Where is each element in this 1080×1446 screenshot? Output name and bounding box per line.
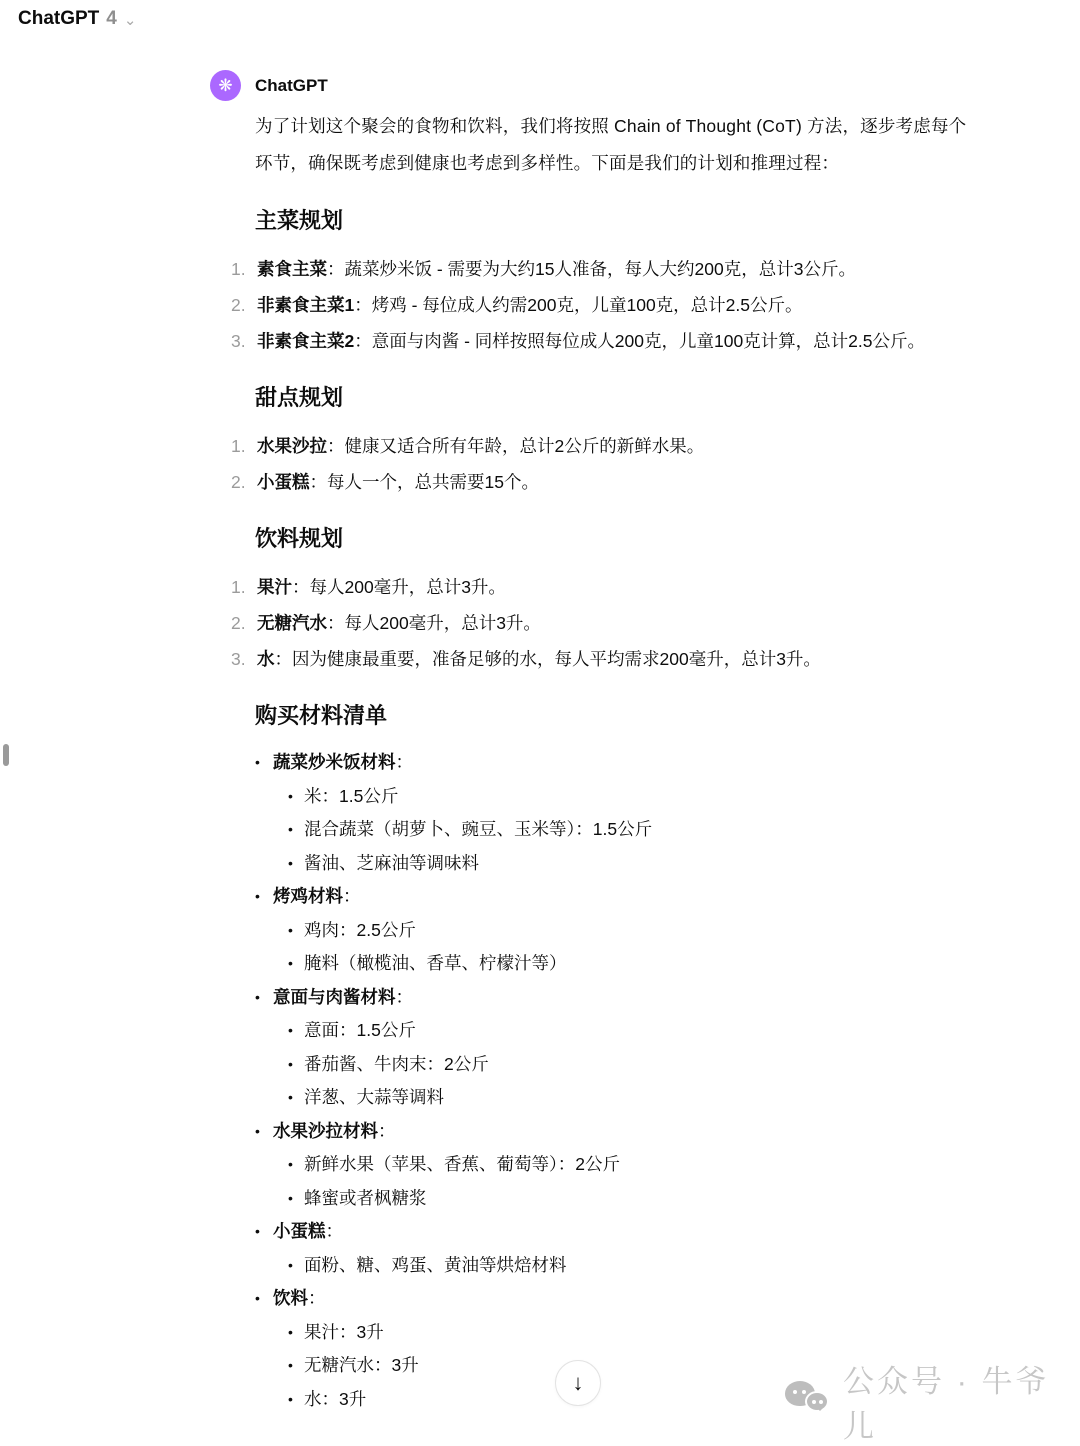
- item-term: 果汁: [257, 577, 292, 597]
- avatar: ❋: [210, 70, 241, 101]
- bullet-icon: •: [288, 1014, 304, 1048]
- shopping-item: •果汁：3升: [288, 1316, 978, 1350]
- section-title-drinks: 饮料规划: [255, 526, 978, 552]
- list-marker: 3.: [231, 323, 257, 359]
- shopping-item: •米：1.5公斤: [288, 780, 978, 814]
- group-suffix: ：: [378, 1121, 396, 1141]
- shopping-item-text: 混合蔬菜（胡萝卜、豌豆、玉米等）：1.5公斤: [304, 813, 652, 847]
- shopping-item-text: 意面：1.5公斤: [304, 1014, 416, 1048]
- bullet-icon: •: [288, 780, 304, 814]
- group-suffix: ：: [308, 1288, 326, 1308]
- bullet-icon: •: [288, 914, 304, 948]
- item-term: 非素食主菜2: [257, 331, 354, 351]
- list-marker: 3.: [231, 641, 257, 677]
- section-title-shopping: 购买材料清单: [255, 703, 978, 729]
- shopping-item-text: 洋葱、大蒜等调料: [304, 1081, 444, 1115]
- shopping-item-text: 果汁：3升: [304, 1316, 384, 1350]
- list-marker: 2.: [231, 605, 257, 641]
- bullet-icon: •: [288, 813, 304, 847]
- openai-logo-icon: ❋: [218, 76, 232, 96]
- shopping-item: •面粉、糖、鸡蛋、黄油等烘焙材料: [288, 1249, 978, 1283]
- main-course-list: 1. 素食主菜：蔬菜炒米饭 - 需要为大约15人准备，每人大约200克，总计3公…: [255, 251, 978, 359]
- group-suffix: ：: [396, 752, 414, 772]
- list-marker: 2.: [231, 464, 257, 500]
- list-marker: 2.: [231, 287, 257, 323]
- item-text: ：蔬菜炒米饭 - 需要为大约15人准备，每人大约200克，总计3公斤。: [327, 259, 856, 279]
- model-version-label: 4: [106, 8, 117, 30]
- scrollbar-thumb[interactable]: [3, 744, 9, 766]
- bullet-icon: •: [288, 1148, 304, 1182]
- shopping-item-text: 酱油、芝麻油等调味料: [304, 847, 479, 881]
- item-term: 素食主菜: [257, 259, 327, 279]
- bullet-icon: •: [288, 1316, 304, 1350]
- group-term: 饮料: [273, 1288, 308, 1308]
- list-item: 3. 水：因为健康最重要，准备足够的水，每人平均需求200毫升，总计3升。: [255, 641, 978, 677]
- bullet-icon: •: [288, 1249, 304, 1283]
- bullet-icon: •: [288, 1081, 304, 1115]
- section-title-main-course: 主菜规划: [255, 208, 978, 234]
- shopping-item-text: 水：3升: [304, 1383, 366, 1417]
- shopping-item: •酱油、芝麻油等调味料: [288, 847, 978, 881]
- sender-name: ChatGPT: [255, 76, 328, 96]
- shopping-item: •腌料（橄榄油、香草、柠檬汁等）: [288, 947, 978, 981]
- list-marker: 1.: [231, 569, 257, 605]
- list-item: 2. 无糖汽水：每人200毫升，总计3升。: [255, 605, 978, 641]
- group-suffix: ：: [396, 987, 414, 1007]
- bullet-icon: •: [288, 1048, 304, 1082]
- item-text: ：意面与肉酱 - 同样按照每位成人200克，儿童100克计算，总计2.5公斤。: [354, 331, 925, 351]
- shopping-group: • 蔬菜炒米饭材料： •米：1.5公斤 •混合蔬菜（胡萝卜、豌豆、玉米等）：1.…: [255, 746, 978, 880]
- item-text: ：每人一个，总共需要15个。: [310, 472, 539, 492]
- shopping-item-text: 鸡肉：2.5公斤: [304, 914, 416, 948]
- item-text: ：每人200毫升，总计3升。: [327, 613, 541, 633]
- shopping-item-text: 面粉、糖、鸡蛋、黄油等烘焙材料: [304, 1249, 567, 1283]
- item-term: 无糖汽水: [257, 613, 327, 633]
- shopping-group: • 小蛋糕： •面粉、糖、鸡蛋、黄油等烘焙材料: [255, 1215, 978, 1282]
- bullet-icon: •: [255, 880, 273, 914]
- bullet-icon: •: [255, 981, 273, 1015]
- item-term: 水: [257, 649, 275, 669]
- dessert-list: 1. 水果沙拉：健康又适合所有年龄，总计2公斤的新鲜水果。 2. 小蛋糕：每人一…: [255, 428, 978, 500]
- model-selector[interactable]: ChatGPT 4 ⌄: [18, 8, 136, 30]
- shopping-item: •鸡肉：2.5公斤: [288, 914, 978, 948]
- item-term: 非素食主菜1: [257, 295, 354, 315]
- shopping-item: •新鲜水果（苹果、香蕉、葡萄等）：2公斤: [288, 1148, 978, 1182]
- group-term: 水果沙拉材料: [273, 1121, 378, 1141]
- intro-paragraph: 为了计划这个聚会的食物和饮料，我们将按照 Chain of Thought (C…: [255, 108, 978, 182]
- down-arrow-icon: ↓: [573, 1370, 584, 1396]
- shopping-item-text: 米：1.5公斤: [304, 780, 398, 814]
- bullet-icon: •: [255, 1282, 273, 1316]
- shopping-item-text: 番茄酱、牛肉末：2公斤: [304, 1048, 489, 1082]
- list-item: 2. 非素食主菜1：烤鸡 - 每位成人约需200克，儿童100克，总计2.5公斤…: [255, 287, 978, 323]
- shopping-item-text: 新鲜水果（苹果、香蕉、葡萄等）：2公斤: [304, 1148, 620, 1182]
- shopping-item-text: 腌料（橄榄油、香草、柠檬汁等）: [304, 947, 567, 981]
- shopping-item-text: 蜂蜜或者枫糖浆: [304, 1182, 427, 1216]
- group-term: 蔬菜炒米饭材料: [273, 752, 396, 772]
- item-text: ：健康又适合所有年龄，总计2公斤的新鲜水果。: [327, 436, 704, 456]
- shopping-group: • 意面与肉酱材料： •意面：1.5公斤 •番茄酱、牛肉末：2公斤 •洋葱、大蒜…: [255, 981, 978, 1115]
- shopping-item: •番茄酱、牛肉末：2公斤: [288, 1048, 978, 1082]
- shopping-item: •洋葱、大蒜等调料: [288, 1081, 978, 1115]
- bullet-icon: •: [255, 746, 273, 780]
- shopping-item: •混合蔬菜（胡萝卜、豌豆、玉米等）：1.5公斤: [288, 813, 978, 847]
- shopping-item-text: 无糖汽水：3升: [304, 1349, 419, 1383]
- list-item: 3. 非素食主菜2：意面与肉酱 - 同样按照每位成人200克，儿童100克计算，…: [255, 323, 978, 359]
- bullet-icon: •: [255, 1215, 273, 1249]
- list-item: 2. 小蛋糕：每人一个，总共需要15个。: [255, 464, 978, 500]
- item-term: 水果沙拉: [257, 436, 327, 456]
- group-term: 小蛋糕: [273, 1221, 326, 1241]
- scroll-to-bottom-button[interactable]: ↓: [555, 1360, 601, 1406]
- group-suffix: ：: [326, 1221, 344, 1241]
- shopping-list: • 蔬菜炒米饭材料： •米：1.5公斤 •混合蔬菜（胡萝卜、豌豆、玉米等）：1.…: [255, 746, 978, 1416]
- brand-label: ChatGPT: [18, 8, 99, 30]
- bullet-icon: •: [288, 847, 304, 881]
- list-item: 1. 水果沙拉：健康又适合所有年龄，总计2公斤的新鲜水果。: [255, 428, 978, 464]
- assistant-message: ❋ ChatGPT 为了计划这个聚会的食物和饮料，我们将按照 Chain of …: [210, 70, 978, 1416]
- drinks-list: 1. 果汁：每人200毫升，总计3升。 2. 无糖汽水：每人200毫升，总计3升…: [255, 569, 978, 677]
- chevron-down-icon: ⌄: [124, 11, 137, 29]
- group-term: 意面与肉酱材料: [273, 987, 396, 1007]
- item-text: ：烤鸡 - 每位成人约需200克，儿童100克，总计2.5公斤。: [354, 295, 802, 315]
- shopping-group: • 水果沙拉材料： •新鲜水果（苹果、香蕉、葡萄等）：2公斤 •蜂蜜或者枫糖浆: [255, 1115, 978, 1216]
- shopping-group: • 烤鸡材料： •鸡肉：2.5公斤 •腌料（橄榄油、香草、柠檬汁等）: [255, 880, 978, 981]
- bullet-icon: •: [255, 1115, 273, 1149]
- shopping-item: •蜂蜜或者枫糖浆: [288, 1182, 978, 1216]
- section-title-dessert: 甜点规划: [255, 385, 978, 411]
- message-content: 为了计划这个聚会的食物和饮料，我们将按照 Chain of Thought (C…: [255, 108, 978, 1416]
- group-term: 烤鸡材料: [273, 886, 343, 906]
- item-text: ：因为健康最重要，准备足够的水，每人平均需求200毫升，总计3升。: [275, 649, 821, 669]
- bullet-icon: •: [288, 1182, 304, 1216]
- item-text: ：每人200毫升，总计3升。: [292, 577, 506, 597]
- bullet-icon: •: [288, 947, 304, 981]
- group-suffix: ：: [343, 886, 361, 906]
- bullet-icon: •: [288, 1349, 304, 1383]
- list-marker: 1.: [231, 251, 257, 287]
- list-item: 1. 素食主菜：蔬菜炒米饭 - 需要为大约15人准备，每人大约200克，总计3公…: [255, 251, 978, 287]
- watermark-text: 公众号 · 牛爷儿: [843, 1356, 1080, 1424]
- list-item: 1. 果汁：每人200毫升，总计3升。: [255, 569, 978, 605]
- wechat-icon: [785, 1381, 831, 1421]
- item-term: 小蛋糕: [257, 472, 310, 492]
- list-marker: 1.: [231, 428, 257, 464]
- shopping-item: •意面：1.5公斤: [288, 1014, 978, 1048]
- bullet-icon: •: [288, 1383, 304, 1417]
- watermark: 公众号 · 牛爷儿: [785, 1356, 1080, 1424]
